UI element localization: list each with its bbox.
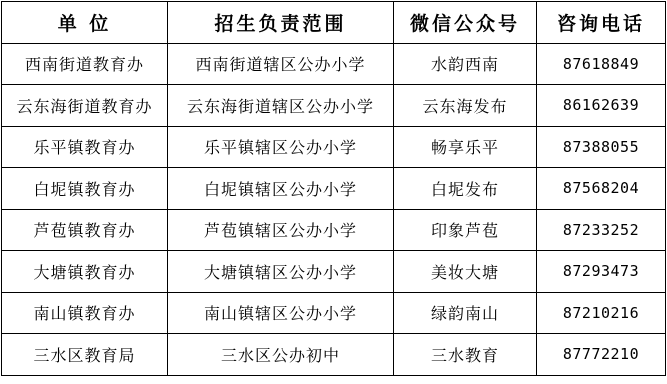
- table-row: 南山镇教育办 南山镇辖区公办小学 绿韵南山 87210216: [2, 292, 666, 334]
- table-row: 大塘镇教育办 大塘镇辖区公办小学 美妆大塘 87293473: [2, 251, 666, 293]
- unit-cell: 西南街道教育办: [2, 43, 168, 85]
- wechat-cell: 云东海发布: [394, 85, 537, 127]
- phone-cell: 87568204: [537, 168, 666, 210]
- wechat-cell: 畅享乐平: [394, 126, 537, 168]
- scope-cell: 大塘镇辖区公办小学: [168, 251, 394, 293]
- scope-cell: 芦苞镇辖区公办小学: [168, 209, 394, 251]
- phone-cell: 87210216: [537, 292, 666, 334]
- table-row: 西南街道教育办 西南街道辖区公办小学 水韵西南 87618849: [2, 43, 666, 85]
- contact-table: 单 位 招生负责范围 微信公众号 咨询电话 西南街道教育办 西南街道辖区公办小学…: [1, 1, 666, 376]
- table-row: 乐平镇教育办 乐平镇辖区公办小学 畅享乐平 87388055: [2, 126, 666, 168]
- scope-cell: 南山镇辖区公办小学: [168, 292, 394, 334]
- scope-cell: 云东海街道辖区公办小学: [168, 85, 394, 127]
- header-scope: 招生负责范围: [168, 2, 394, 44]
- wechat-cell: 白坭发布: [394, 168, 537, 210]
- phone-cell: 87618849: [537, 43, 666, 85]
- scope-cell: 白坭镇辖区公办小学: [168, 168, 394, 210]
- unit-cell: 三水区教育局: [2, 334, 168, 376]
- phone-cell: 87293473: [537, 251, 666, 293]
- scope-cell: 西南街道辖区公办小学: [168, 43, 394, 85]
- wechat-cell: 水韵西南: [394, 43, 537, 85]
- table-row: 白坭镇教育办 白坭镇辖区公办小学 白坭发布 87568204: [2, 168, 666, 210]
- wechat-cell: 美妆大塘: [394, 251, 537, 293]
- wechat-cell: 三水教育: [394, 334, 537, 376]
- unit-cell: 乐平镇教育办: [2, 126, 168, 168]
- unit-cell: 芦苞镇教育办: [2, 209, 168, 251]
- header-wechat: 微信公众号: [394, 2, 537, 44]
- unit-cell: 白坭镇教育办: [2, 168, 168, 210]
- phone-cell: 87772210: [537, 334, 666, 376]
- phone-cell: 87233252: [537, 209, 666, 251]
- table-row: 云东海街道教育办 云东海街道辖区公办小学 云东海发布 86162639: [2, 85, 666, 127]
- phone-cell: 87388055: [537, 126, 666, 168]
- scope-cell: 三水区公办初中: [168, 334, 394, 376]
- header-unit: 单 位: [2, 2, 168, 44]
- unit-cell: 南山镇教育办: [2, 292, 168, 334]
- wechat-cell: 印象芦苞: [394, 209, 537, 251]
- table-row: 芦苞镇教育办 芦苞镇辖区公办小学 印象芦苞 87233252: [2, 209, 666, 251]
- unit-cell: 大塘镇教育办: [2, 251, 168, 293]
- wechat-cell: 绿韵南山: [394, 292, 537, 334]
- unit-cell: 云东海街道教育办: [2, 85, 168, 127]
- phone-cell: 86162639: [537, 85, 666, 127]
- table-row: 三水区教育局 三水区公办初中 三水教育 87772210: [2, 334, 666, 376]
- scope-cell: 乐平镇辖区公办小学: [168, 126, 394, 168]
- header-row: 单 位 招生负责范围 微信公众号 咨询电话: [2, 2, 666, 44]
- header-phone: 咨询电话: [537, 2, 666, 44]
